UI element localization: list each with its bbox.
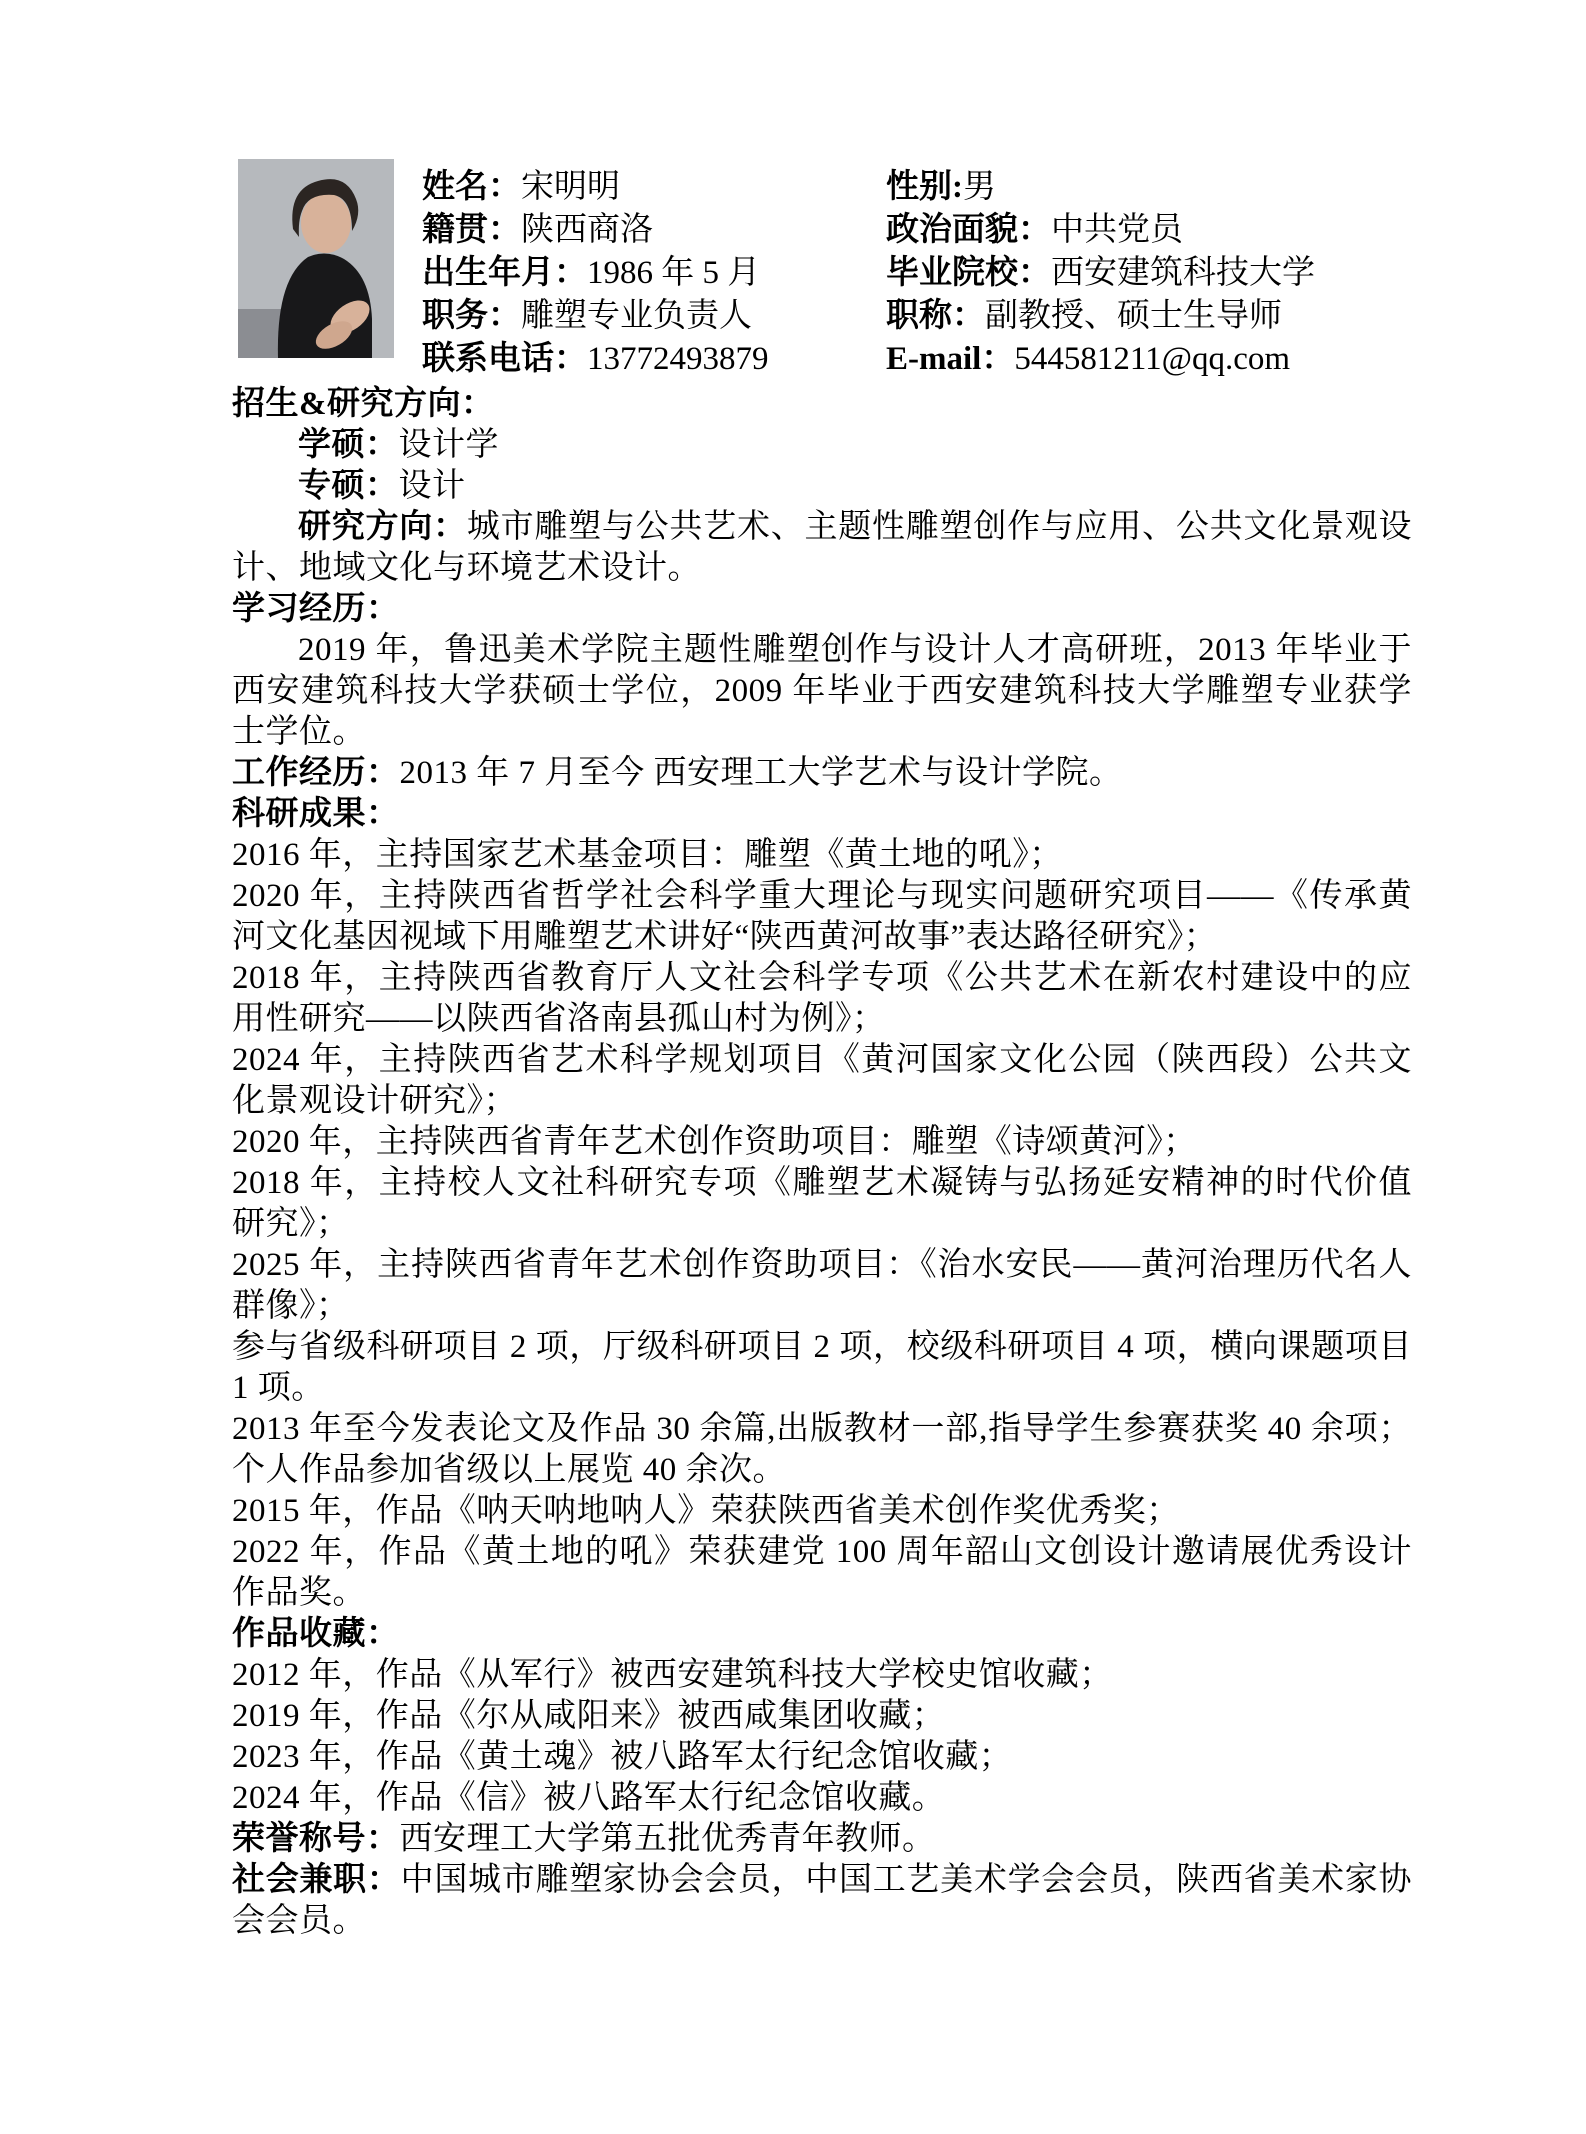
resume-paragraph: 2012 年，作品《从军行》被西安建筑科技大学校史馆收藏； — [232, 1655, 1412, 1696]
field-value: 544581211@qq.com — [1014, 341, 1290, 377]
paragraph-lead-label: 招生&研究方向： — [232, 386, 495, 422]
field-label: 政治面貌： — [886, 212, 1051, 248]
profile-field-row: 职务：雕塑专业负责人 — [422, 295, 769, 338]
resume-paragraph: 参与省级科研项目 2 项，厅级科研项目 2 项，校级科研项目 4 项，横向课题项… — [232, 1327, 1412, 1409]
paragraph-text: 2015 年，作品《呐天呐地呐人》荣获陕西省美术创作奖优秀奖； — [232, 1493, 1180, 1529]
paragraph-text: 2018 年，主持校人文社科研究专项《雕塑艺术凝铸与弘扬延安精神的时代价值研究》… — [232, 1165, 1412, 1242]
paragraph-text: 中国城市雕塑家协会会员，中国工艺美术学会会员，陕西省美术家协会会员。 — [232, 1862, 1412, 1939]
field-label: E-mail： — [886, 341, 1014, 377]
resume-page: 姓名：宋明明 籍贯：陕西商洛 出生年月：1986 年 5 月 职务：雕塑专业负责… — [0, 0, 1586, 2134]
resume-paragraph: 2025 年，主持陕西省青年艺术创作资助项目：《治水安民——黄河治理历代名人群像… — [232, 1245, 1412, 1327]
field-label: 毕业院校： — [886, 255, 1051, 291]
paragraph-text: 2019 年，鲁迅美术学院主题性雕塑创作与设计人才高研班，2013 年毕业于西安… — [232, 632, 1412, 750]
portrait-photo — [238, 159, 394, 358]
resume-paragraph: 专硕：设计 — [232, 466, 1412, 507]
resume-paragraph: 社会兼职：中国城市雕塑家协会会员，中国工艺美术学会会员，陕西省美术家协会会员。 — [232, 1860, 1412, 1942]
resume-paragraph: 2019 年，鲁迅美术学院主题性雕塑创作与设计人才高研班，2013 年毕业于西安… — [232, 630, 1412, 753]
paragraph-text: 2019 年，作品《尔从咸阳来》被西咸集团收藏； — [232, 1698, 945, 1734]
resume-paragraph: 招生&研究方向： — [232, 384, 1412, 425]
paragraph-text: 2025 年，主持陕西省青年艺术创作资助项目：《治水安民——黄河治理历代名人群像… — [232, 1247, 1412, 1324]
paragraph-lead-label: 研究方向： — [298, 509, 467, 545]
field-value: 副教授、硕士生导师 — [985, 298, 1282, 334]
field-value: 宋明明 — [521, 169, 620, 205]
resume-paragraph: 2020 年，主持陕西省青年艺术创作资助项目：雕塑《诗颂黄河》； — [232, 1122, 1412, 1163]
profile-field-row: 性别:男 — [886, 166, 1315, 209]
paragraph-text: 2020 年，主持陕西省青年艺术创作资助项目：雕塑《诗颂黄河》； — [232, 1124, 1197, 1160]
paragraph-lead-label: 科研成果： — [232, 796, 400, 832]
paragraph-text: 2022 年，作品《黄土地的吼》荣获建党 100 周年韶山文创设计邀请展优秀设计… — [232, 1534, 1412, 1611]
resume-paragraph: 2024 年，主持陕西省艺术科学规划项目《黄河国家文化公园（陕西段）公共文化景观… — [232, 1040, 1412, 1122]
field-label: 职称： — [886, 298, 985, 334]
field-label: 出生年月： — [422, 255, 587, 291]
field-value: 西安建筑科技大学 — [1051, 255, 1315, 291]
resume-paragraph: 2024 年，作品《信》被八路军太行纪念馆收藏。 — [232, 1778, 1412, 1819]
field-value: 13772493879 — [587, 341, 769, 377]
resume-paragraph: 2022 年，作品《黄土地的吼》荣获建党 100 周年韶山文创设计邀请展优秀设计… — [232, 1532, 1412, 1614]
paragraph-text: 2024 年，作品《信》被八路军太行纪念馆收藏。 — [232, 1780, 945, 1816]
profile-field-row: 毕业院校：西安建筑科技大学 — [886, 252, 1315, 295]
paragraph-text: 2013 年 7 月至今 西安理工大学艺术与设计学院。 — [400, 755, 1123, 791]
resume-paragraph: 2016 年，主持国家艺术基金项目：雕塑《黄土地的吼》； — [232, 835, 1412, 876]
resume-paragraph: 2023 年，作品《黄土魂》被八路军太行纪念馆收藏； — [232, 1737, 1412, 1778]
paragraph-text: 参与省级科研项目 2 项，厅级科研项目 2 项，校级科研项目 4 项，横向课题项… — [232, 1329, 1412, 1406]
resume-paragraph: 荣誉称号：西安理工大学第五批优秀青年教师。 — [232, 1819, 1412, 1860]
resume-paragraph: 学习经历： — [232, 589, 1412, 630]
resume-paragraph: 2018 年，主持陕西省教育厅人文社会科学专项《公共艺术在新农村建设中的应用性研… — [232, 958, 1412, 1040]
field-label: 联系电话： — [422, 341, 587, 377]
profile-field-row: E-mail：544581211@qq.com — [886, 338, 1315, 381]
field-value: 1986 年 5 月 — [587, 255, 760, 291]
resume-paragraph: 2013 年至今发表论文及作品 30 余篇,出版教材一部,指导学生参赛获奖 40… — [232, 1409, 1412, 1491]
paragraph-text: 2016 年，主持国家艺术基金项目：雕塑《黄土地的吼》； — [232, 837, 1063, 873]
field-label: 职务： — [422, 298, 521, 334]
profile-field-row: 出生年月：1986 年 5 月 — [422, 252, 769, 295]
profile-field-row: 政治面貌：中共党员 — [886, 209, 1315, 252]
profile-fields-right: 性别:男 政治面貌：中共党员 毕业院校：西安建筑科技大学 职称：副教授、硕士生导… — [886, 166, 1315, 381]
resume-paragraph: 2020 年，主持陕西省哲学社会科学重大理论与现实问题研究项目——《传承黄河文化… — [232, 876, 1412, 958]
resume-paragraph: 科研成果： — [232, 794, 1412, 835]
paragraph-lead-label: 作品收藏： — [232, 1616, 400, 1652]
resume-paragraph: 2018 年，主持校人文社科研究专项《雕塑艺术凝铸与弘扬延安精神的时代价值研究》… — [232, 1163, 1412, 1245]
resume-paragraph: 学硕：设计学 — [232, 425, 1412, 466]
paragraph-text: 设计学 — [399, 427, 500, 463]
paragraph-lead-label: 专硕： — [298, 468, 399, 504]
field-label: 性别: — [886, 169, 963, 205]
resume-paragraph: 2015 年，作品《呐天呐地呐人》荣获陕西省美术创作奖优秀奖； — [232, 1491, 1412, 1532]
paragraph-lead-label: 学硕： — [298, 427, 399, 463]
paragraph-text: 2020 年，主持陕西省哲学社会科学重大理论与现实问题研究项目——《传承黄河文化… — [232, 878, 1412, 955]
paragraph-text: 2024 年，主持陕西省艺术科学规划项目《黄河国家文化公园（陕西段）公共文化景观… — [232, 1042, 1412, 1119]
paragraph-text: 设计 — [399, 468, 466, 504]
profile-field-row: 姓名：宋明明 — [422, 166, 769, 209]
profile-field-row: 联系电话：13772493879 — [422, 338, 769, 381]
paragraph-lead-label: 工作经历： — [232, 755, 400, 791]
field-label: 籍贯： — [422, 212, 521, 248]
paragraph-text: 西安理工大学第五批优秀青年教师。 — [400, 1821, 936, 1857]
paragraph-text: 2018 年，主持陕西省教育厅人文社会科学专项《公共艺术在新农村建设中的应用性研… — [232, 960, 1412, 1037]
field-value: 陕西商洛 — [521, 212, 653, 248]
field-value: 中共党员 — [1051, 212, 1183, 248]
resume-paragraph: 2019 年，作品《尔从咸阳来》被西咸集团收藏； — [232, 1696, 1412, 1737]
paragraph-text: 2013 年至今发表论文及作品 30 余篇,出版教材一部,指导学生参赛获奖 40… — [232, 1411, 1412, 1488]
paragraph-text: 2023 年，作品《黄土魂》被八路军太行纪念馆收藏； — [232, 1739, 1012, 1775]
resume-paragraph: 作品收藏： — [232, 1614, 1412, 1655]
profile-fields-left: 姓名：宋明明 籍贯：陕西商洛 出生年月：1986 年 5 月 职务：雕塑专业负责… — [422, 166, 769, 381]
resume-body: 招生&研究方向： 学硕：设计学 专硕：设计 研究方向：城市雕塑与公共艺术、主题性… — [232, 384, 1412, 1942]
field-value: 男 — [963, 169, 996, 205]
resume-paragraph: 研究方向：城市雕塑与公共艺术、主题性雕塑创作与应用、公共文化景观设计、地域文化与… — [232, 507, 1412, 589]
portrait-photo-graphic — [238, 159, 394, 358]
profile-field-row: 籍贯：陕西商洛 — [422, 209, 769, 252]
paragraph-lead-label: 荣誉称号： — [232, 1821, 400, 1857]
paragraph-lead-label: 社会兼职： — [232, 1862, 401, 1898]
field-value: 雕塑专业负责人 — [521, 298, 752, 334]
profile-field-row: 职称：副教授、硕士生导师 — [886, 295, 1315, 338]
field-label: 姓名： — [422, 169, 521, 205]
paragraph-lead-label: 学习经历： — [232, 591, 400, 627]
resume-paragraph: 工作经历：2013 年 7 月至今 西安理工大学艺术与设计学院。 — [232, 753, 1412, 794]
paragraph-text: 2012 年，作品《从军行》被西安建筑科技大学校史馆收藏； — [232, 1657, 1113, 1693]
